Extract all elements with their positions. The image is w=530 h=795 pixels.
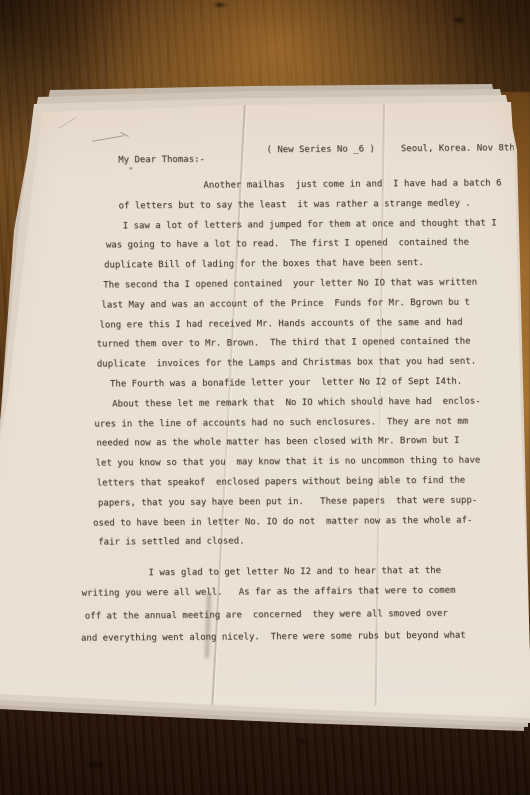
body-line: Another mailhas just come in and I have … — [203, 174, 530, 196]
series-number: ( New Series No _6 ) — [266, 144, 374, 155]
pencil-scratch — [59, 117, 76, 128]
body-line: I saw a lot of letters and jumped for th… — [123, 214, 530, 237]
body-line: duplicate invoices for the Lamps and Chr… — [97, 352, 530, 375]
letter-page: ( New Series No _6 )Seoul, Korea. Nov 8t… — [0, 0, 530, 795]
body-line: About these let me remark that No IO whi… — [112, 392, 530, 415]
wood-knot — [296, 738, 308, 745]
body-line: osed to have been in letter No. IO do no… — [93, 511, 530, 534]
photo-of-typed-letter: ( New Series No _6 )Seoul, Korea. Nov 8t… — [0, 0, 530, 795]
body-line: and everything went along nicely. There … — [81, 626, 530, 652]
header-line: ( New Series No _6 )Seoul, Korea. Nov 8t… — [223, 127, 530, 153]
wood-knot — [212, 2, 228, 8]
body-line: ures in the line of accounts had no such… — [94, 412, 530, 435]
body-line: was going to have a lot to read. The fir… — [106, 234, 530, 257]
body-line: papers, that you say have been put in. T… — [98, 491, 530, 514]
wood-knot — [84, 760, 106, 770]
body-line: last May and was an account of the Princ… — [101, 293, 530, 316]
typed-text: ( New Series No _6 )Seoul, Korea. Nov 8t… — [0, 127, 530, 653]
body-line: of letters but to say the least it was r… — [119, 194, 530, 217]
body-line: fair is settled and closed. — [98, 530, 530, 553]
dateline: Seoul, Korea. Nov 8th.I896 — [401, 141, 530, 156]
wood-knot — [452, 16, 466, 24]
